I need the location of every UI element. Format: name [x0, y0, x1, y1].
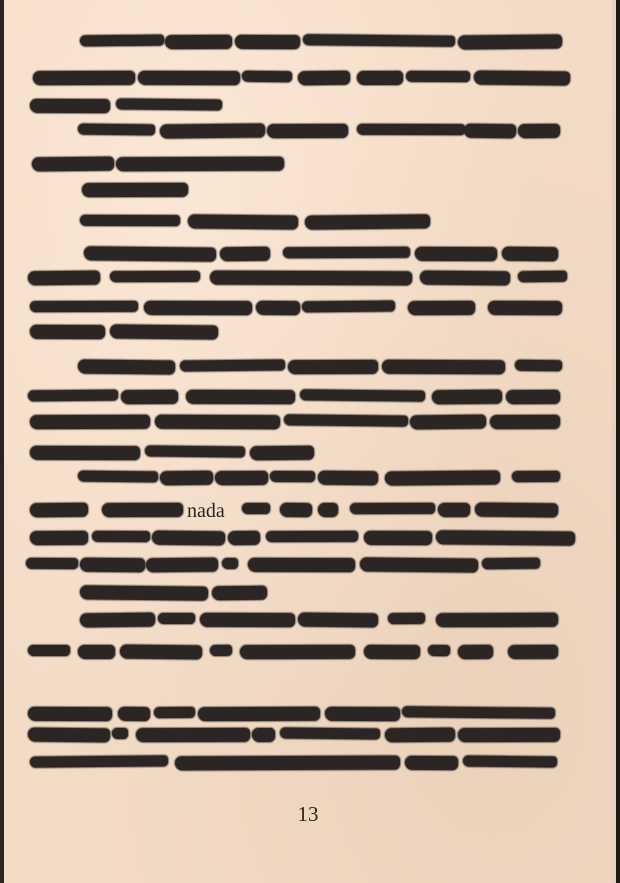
redaction-stroke [92, 531, 150, 542]
redaction-stroke [102, 503, 183, 517]
redaction-stroke [464, 124, 516, 139]
redaction-stroke [415, 247, 497, 261]
redaction-stroke [78, 124, 155, 136]
redaction-stroke [118, 707, 150, 721]
redaction-stroke [266, 531, 358, 542]
redaction-stroke [138, 71, 240, 85]
redaction-stroke [302, 301, 395, 313]
redaction-stroke [475, 503, 558, 518]
redaction-stroke [188, 214, 298, 229]
redaction-stroke [116, 157, 284, 172]
redaction-stroke [508, 645, 558, 659]
redaction-stroke [80, 558, 145, 573]
redaction-stroke [30, 755, 168, 767]
redaction-stroke [80, 215, 180, 226]
redaction-stroke [155, 415, 280, 429]
redaction-stroke [210, 271, 412, 286]
redaction-stroke [436, 613, 558, 627]
redaction-stroke [80, 585, 208, 600]
redaction-stroke [78, 359, 175, 374]
redaction-stroke [280, 727, 380, 739]
redaction-stroke [26, 558, 78, 569]
redaction-stroke [288, 360, 378, 374]
redaction-stroke [110, 271, 200, 282]
redaction-stroke [252, 728, 275, 742]
redaction-stroke [267, 124, 348, 138]
redaction-stroke [512, 471, 560, 482]
redaction-stroke [357, 71, 403, 85]
redaction-stroke [30, 415, 150, 429]
redaction-stroke [458, 34, 562, 49]
redaction-stroke [463, 756, 557, 768]
redaction-stroke [33, 71, 135, 85]
redaction-stroke [84, 246, 216, 261]
redaction-stroke [482, 558, 540, 570]
redaction-stroke [210, 645, 232, 656]
redaction-stroke [360, 557, 478, 572]
redaction-stroke [121, 390, 178, 404]
redaction-stroke [408, 301, 475, 315]
redaction-stroke [80, 35, 164, 47]
unredacted-word: nada [187, 500, 225, 522]
redaction-stroke [220, 247, 270, 262]
redaction-stroke [30, 503, 88, 518]
redaction-stroke [175, 756, 400, 771]
redaction-stroke [318, 471, 378, 486]
redaction-stroke [385, 470, 500, 485]
redaction-stroke [488, 301, 562, 315]
redaction-stroke [518, 124, 560, 138]
redaction-stroke [116, 98, 222, 110]
redaction-stroke [364, 531, 432, 545]
redaction-stroke [325, 707, 400, 721]
redaction-stroke [222, 558, 238, 569]
redaction-stroke [438, 503, 470, 517]
redaction-stroke [458, 728, 560, 742]
redaction-stroke [250, 446, 314, 461]
redaction-stroke [28, 728, 110, 743]
redaction-stroke [78, 645, 115, 659]
redaction-stroke [28, 707, 112, 721]
redaction-stroke [357, 124, 465, 135]
redaction-stroke [385, 728, 455, 743]
redaction-stroke [200, 613, 295, 627]
redaction-stroke [154, 707, 195, 718]
redaction-stroke [228, 531, 260, 545]
redaction-stroke [506, 390, 560, 404]
redaction-stroke [240, 645, 355, 659]
redaction-stroke [300, 389, 425, 401]
redaction-stroke [402, 706, 555, 719]
redaction-stroke [165, 35, 232, 49]
redaction-stroke [270, 471, 315, 482]
redaction-stroke [284, 414, 408, 426]
book-page: nada 13 [0, 0, 616, 883]
redaction-stroke [515, 360, 562, 371]
redaction-stroke [405, 756, 458, 770]
redaction-stroke [28, 645, 70, 656]
redaction-stroke [248, 558, 355, 572]
redaction-stroke [364, 645, 420, 659]
redaction-stroke [146, 558, 218, 573]
redaction-stroke [136, 728, 250, 742]
redaction-stroke [382, 360, 505, 374]
redaction-stroke [458, 645, 493, 659]
redaction-stroke [388, 613, 425, 624]
scan-edge-left [0, 0, 4, 883]
redaction-stroke [110, 324, 218, 339]
redaction-stroke [215, 471, 268, 485]
redaction-stroke [298, 71, 350, 86]
redaction-stroke [30, 325, 105, 339]
redaction-stroke [158, 613, 195, 624]
redaction-stroke [318, 503, 338, 517]
redaction-stroke [112, 728, 128, 739]
redaction-stroke [30, 301, 138, 312]
redaction-stroke [212, 586, 267, 601]
redaction-stroke [30, 531, 88, 545]
redaction-stroke [410, 415, 486, 430]
redaction-stroke [283, 247, 410, 258]
redaction-stroke [120, 645, 202, 660]
redaction-stroke [28, 271, 100, 286]
redaction-stroke [30, 446, 140, 460]
redaction-stroke [198, 707, 320, 721]
redaction-stroke [350, 503, 435, 514]
redaction-stroke [420, 271, 510, 286]
redaction-stroke [303, 34, 455, 47]
redaction-stroke [160, 123, 265, 138]
redaction-stroke [186, 390, 295, 404]
redaction-stroke [502, 247, 558, 262]
redaction-stroke [428, 645, 450, 656]
redaction-stroke [82, 183, 188, 197]
redaction-stroke [235, 35, 300, 49]
redaction-stroke [144, 301, 252, 315]
redaction-stroke [78, 471, 158, 483]
redaction-stroke [256, 301, 300, 315]
redaction-stroke [436, 530, 575, 545]
redaction-stroke [518, 271, 567, 283]
page-number: 13 [0, 802, 616, 827]
redaction-stroke [298, 613, 378, 628]
redaction-stroke [145, 445, 245, 457]
redaction-stroke [432, 390, 502, 405]
redaction-stroke [28, 390, 118, 402]
redaction-stroke [80, 613, 155, 628]
redaction-stroke [152, 531, 225, 546]
redaction-stroke [490, 415, 560, 429]
redaction-stroke [305, 214, 430, 229]
redaction-stroke [242, 71, 292, 83]
redaction-stroke [406, 71, 470, 82]
redaction-stroke [280, 503, 312, 517]
redaction-stroke [180, 359, 285, 371]
redaction-stroke [474, 70, 570, 85]
redaction-stroke [160, 471, 213, 486]
redaction-stroke [242, 503, 270, 514]
scan-edge-right [612, 0, 616, 883]
redaction-stroke [30, 99, 110, 113]
redaction-stroke [32, 157, 114, 172]
